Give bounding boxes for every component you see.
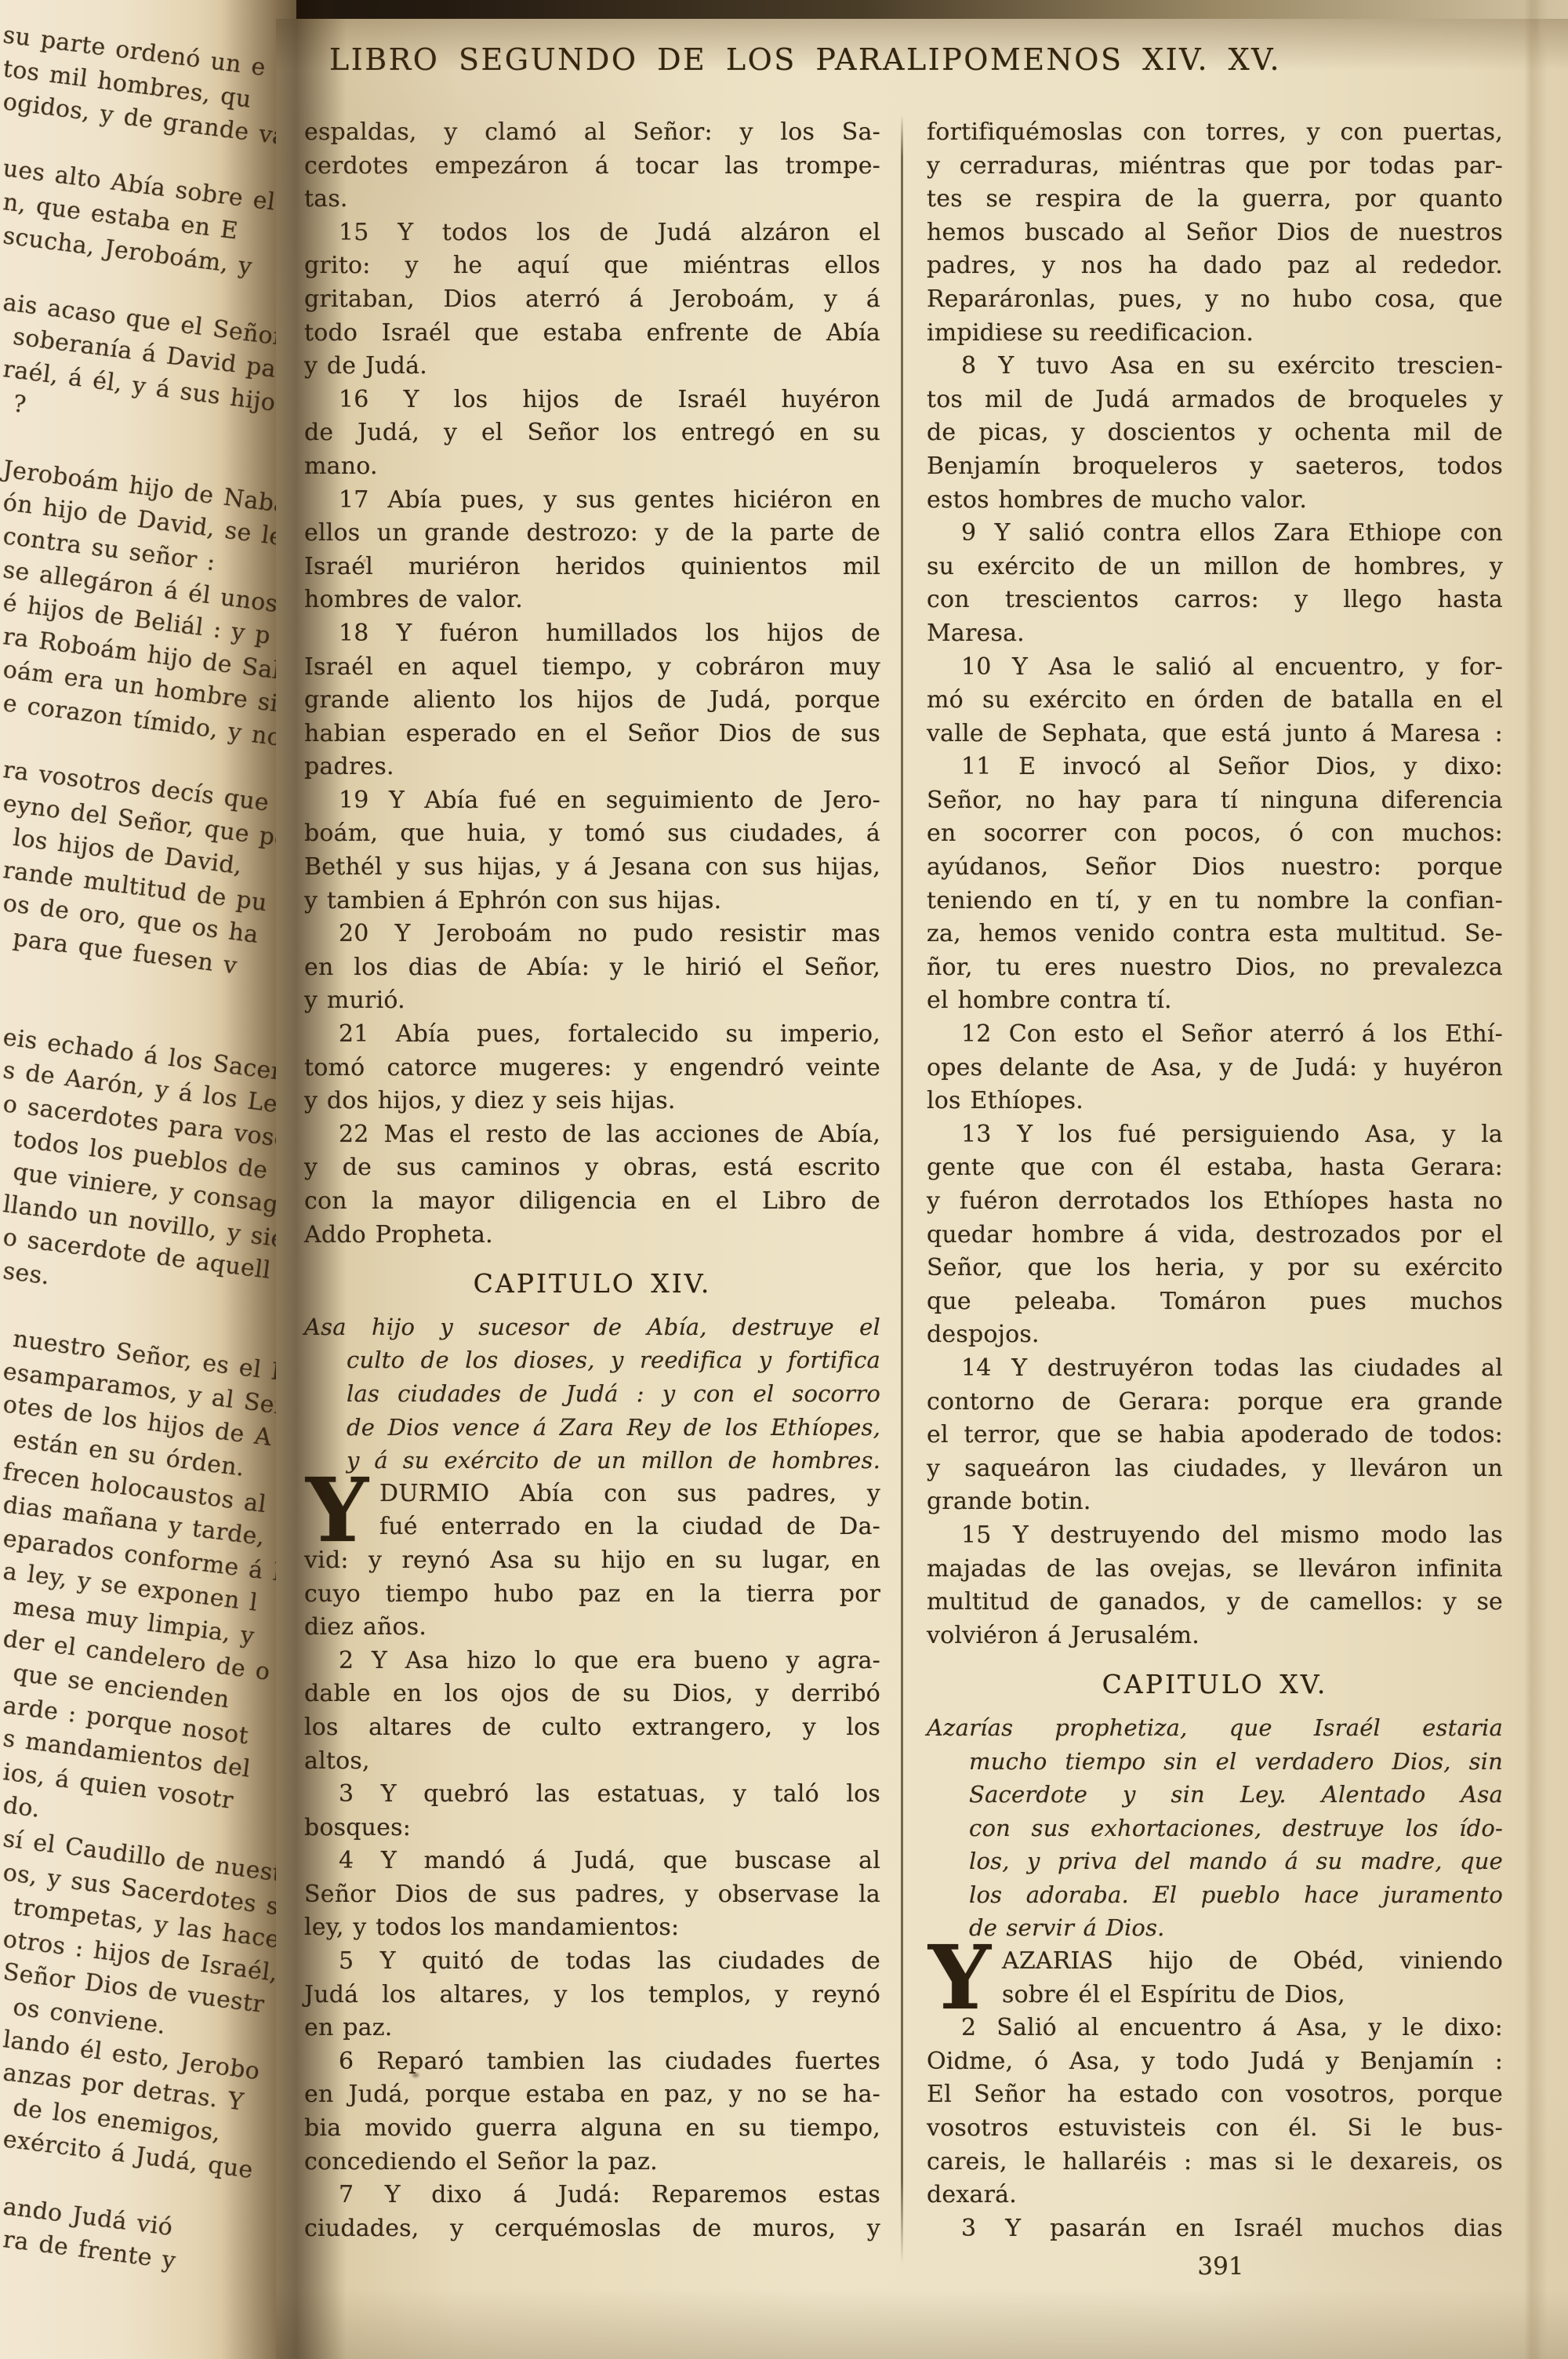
text-line: mó su exército en órden de batalla en el (927, 684, 1503, 718)
text-line: Benjamín broqueleros y saeteros, todos (927, 450, 1503, 484)
text-line: los altares de culto extrangero, y los (304, 1711, 880, 1745)
text-line: en paz. (304, 2012, 880, 2045)
text-line: ñor, tu eres nuestro Dios, no prevalezca (927, 951, 1503, 985)
text-line: 14 Y destruyéron todas las ciudades al (927, 1352, 1503, 1386)
text-line: ley, y todos los mandamientos: (304, 1911, 880, 1945)
text-line: espaldas, y clamó al Señor: y los Sa- (304, 116, 880, 150)
text-line: 20 Y Jeroboám no pudo resistir mas (304, 918, 880, 951)
text-line: hemos buscado al Señor Dios de nuestros (927, 216, 1503, 250)
text-line: fué enterrado en la ciudad de Da- (304, 1510, 880, 1544)
text-line: ayúdanos, Señor Dios nuestro: porque (927, 851, 1503, 885)
text-line: en los dias de Abía: y le hirió el Señor… (304, 951, 880, 985)
text-line: vosotros estuvisteis con él. Si le bus- (927, 2112, 1503, 2146)
text-line: grito: y he aquí que miéntras ellos (304, 249, 880, 283)
text-line: hombres de valor. (304, 583, 880, 617)
text-line: despojos. (927, 1318, 1503, 1352)
text-line: su exército de un millon de hombres, y (927, 551, 1503, 584)
text-line: 15 Y destruyendo del mismo modo las (927, 1519, 1503, 1553)
gutter-text-fragments: su parte ordenó un etos mil hombres, quo… (3, 19, 296, 2257)
text-line: 10 Y Asa le salió al encuentro, y for- (927, 651, 1503, 685)
text-line: y dos hijos, y diez y seis hijas. (304, 1085, 880, 1118)
text-line: padres, y nos ha dado paz al rededor. (927, 249, 1503, 283)
text-line: y tambien á Ephrón con sus hijas. (304, 885, 880, 918)
chapter-heading: CAPITULO XV. (927, 1668, 1503, 1702)
text-line: el hombre contra tí. (927, 984, 1503, 1018)
text-line: teniendo en tí, y en tu nombre la confia… (927, 885, 1503, 918)
text-line: cerdotes empezáron á tocar las trompe- (304, 150, 880, 184)
text-line: impidiese su reedificacion. (927, 317, 1503, 351)
text-line: padres. (304, 751, 880, 784)
text-line: gritaban, Dios aterró á Jeroboám, y á (304, 283, 880, 317)
text-line: AZARIAS hijo de Obéd, viniendo (927, 1945, 1503, 1979)
text-line: Judá los altares, y los templos, y reynó (304, 1979, 880, 2012)
text-line: ciudades, y cerquémoslas de muros, y (304, 2212, 880, 2246)
text-line: 4 Y mandó á Judá, que buscase al (304, 1845, 880, 1878)
running-head: LIBRO SEGUNDO DE LOS PARALIPOMENOS XIV. … (299, 42, 1311, 77)
text-line: boám, que huia, y tomó sus ciudades, á (304, 817, 880, 851)
text-line: grande botin. (927, 1485, 1503, 1519)
book-scan-photo: su parte ordenó un etos mil hombres, quo… (0, 0, 1568, 2359)
text-line: los, y priva del mando á su madre, que (927, 1845, 1503, 1878)
text-line: 12 Con esto el Señor aterró á los Ethí- (927, 1018, 1503, 1052)
text-line: de Dios vence á Zara Rey de los Ethíopes… (304, 1411, 880, 1445)
text-line: multitud de ganados, y de camellos: y se (927, 1586, 1503, 1619)
book-page: LIBRO SEGUNDO DE LOS PARALIPOMENOS XIV. … (276, 19, 1568, 2359)
chapter-heading: CAPITULO XIV. (304, 1267, 880, 1301)
text-line: altos, (304, 1745, 880, 1779)
text-line: que peleaba. Tomáron pues muchos (927, 1285, 1503, 1319)
text-line: 16 Y los hijos de Israél huyéron (304, 383, 880, 417)
text-line: bosques: (304, 1812, 880, 1845)
text-line: fortifiquémoslas con torres, y con puert… (927, 116, 1503, 150)
text-line: Addo Propheta. (304, 1219, 880, 1252)
text-line: las ciudades de Judá : y con el socorro (304, 1377, 880, 1411)
text-line: 11 E invocó al Señor Dios, y dixo: (927, 751, 1503, 784)
drop-cap-initial: Y (927, 1945, 1002, 2012)
text-line: de servir á Dios. (927, 1911, 1503, 1945)
text-line: Señor, no hay para tí ninguna diferencia (927, 784, 1503, 818)
text-line: con sus exhortaciones, destruye los ído- (927, 1812, 1503, 1845)
text-line: tomó catorce mugeres: y engendró veinte (304, 1052, 880, 1085)
text-line: el terror, que se habia apoderado de tod… (927, 1419, 1503, 1452)
text-line: 6 Reparó tambien las ciudades fuertes (304, 2045, 880, 2079)
text-line: 19 Y Abía fué en seguimiento de Jero- (304, 784, 880, 818)
text-line: tos mil de Judá armados de broqueles y (927, 383, 1503, 417)
text-line: Señor, que los heria, y por su exército (927, 1252, 1503, 1285)
text-line: concediendo el Señor la paz. (304, 2146, 880, 2179)
text-line: 7 Y dixo á Judá: Reparemos estas (304, 2179, 880, 2212)
dropcap-paragraph: YAZARIAS hijo de Obéd, viniendosobre él … (927, 1945, 1503, 2012)
text-line: DURMIO Abía con sus padres, y (304, 1478, 880, 1511)
text-line: diez años. (304, 1611, 880, 1645)
text-line: 5 Y quitó de todas las ciudades de (304, 1945, 880, 1979)
text-line: vid: y reynó Asa su hijo en su lugar, en (304, 1544, 880, 1578)
text-line: y de sus caminos y obras, está escrito (304, 1151, 880, 1185)
text-line: 13 Y los fué persiguiendo Asa, y la (927, 1118, 1503, 1152)
text-line: 2 Salió al encuentro á Asa, y le dixo: (927, 2012, 1503, 2045)
text-line: de picas, y doscientos y ochenta mil de (927, 416, 1503, 450)
text-line: gente que con él estaba, hasta Gerara: (927, 1151, 1503, 1185)
text-line: 22 Mas el resto de las acciones de Abía, (304, 1118, 880, 1152)
text-line: Maresa. (927, 617, 1503, 651)
text-line: 17 Abía pues, y sus gentes hiciéron en (304, 484, 880, 518)
text-line: za, hemos venido contra esta multitud. S… (927, 918, 1503, 951)
text-line: estos hombres de mucho valor. (927, 484, 1503, 518)
text-line: Oidme, ó Asa, y todo Judá y Benjamín : (927, 2045, 1503, 2079)
text-line: mano. (304, 450, 880, 484)
text-line: y murió. (304, 984, 880, 1018)
column-divider-rule (901, 114, 903, 2265)
text-line: 18 Y fuéron humillados los hijos de (304, 617, 880, 651)
text-line: en Judá, porque estaba en paz, y no se h… (304, 2078, 880, 2112)
text-line: contorno de Gerara: porque era grande (927, 1386, 1503, 1419)
text-line: tas. (304, 183, 880, 216)
text-line: Azarías prophetiza, que Israél estaria (927, 1711, 1503, 1745)
text-line: majadas de las ovejas, se lleváron infin… (927, 1553, 1503, 1587)
text-line: mucho tiempo sin el verdadero Dios, sin (927, 1745, 1503, 1779)
text-line: habian esperado en el Señor Dios de sus (304, 718, 880, 751)
text-line: quedar hombre á vida, destrozados por el (927, 1219, 1503, 1252)
text-line: todo Israél que estaba enfrente de Abía (304, 317, 880, 351)
text-line: con la mayor diligencia en el Libro de (304, 1185, 880, 1219)
text-line: de Judá, y el Señor los entregó en su (304, 416, 880, 450)
text-line: los Ethíopes. (927, 1085, 1503, 1118)
text-line: Bethél y sus hijas, y á Jesana con sus h… (304, 851, 880, 885)
text-line: y de Judá. (304, 350, 880, 383)
text-line: y fuéron derrotados los Ethíopes hasta n… (927, 1185, 1503, 1219)
text-line: culto de los dioses, y reedifica y forti… (304, 1343, 880, 1377)
drop-cap-initial: Y (304, 1478, 379, 1544)
text-line: volviéron á Jerusalém. (927, 1619, 1503, 1653)
text-line: valle de Sephata, que está junto á Mares… (927, 718, 1503, 751)
text-line: los adoraba. El pueblo hace juramento (927, 1878, 1503, 1912)
text-line: 8 Y tuvo Asa en su exército trescien- (927, 350, 1503, 383)
text-line: Sacerdote y sin Ley. Alentado Asa (927, 1778, 1503, 1812)
text-line: 3 Y pasarán en Israél muchos dias (927, 2212, 1503, 2246)
page-number: 391 (1170, 2252, 1272, 2281)
text-line: en socorrer con pocos, ó con muchos: (927, 817, 1503, 851)
text-line: cuyo tiempo hubo paz en la tierra por (304, 1578, 880, 1612)
text-line: con trescientos carros: y llego hasta (927, 583, 1503, 617)
text-line: 15 Y todos los de Judá alzáron el (304, 216, 880, 250)
text-line: Israél en aquel tiempo, y cobráron muy (304, 651, 880, 685)
text-line: Israél muriéron heridos quinientos mil (304, 551, 880, 584)
text-line: Reparáronlas, pues, y no hubo cosa, que (927, 283, 1503, 317)
text-line: bia movido guerra alguna en su tiempo, (304, 2112, 880, 2146)
facing-page-edge: su parte ordenó un etos mil hombres, quo… (0, 0, 296, 2359)
text-line: careis, le hallaréis : mas si le dexarei… (927, 2146, 1503, 2179)
text-line: sobre él el Espíritu de Dios, (927, 1979, 1503, 2012)
text-line: 9 Y salió contra ellos Zara Ethiope con (927, 517, 1503, 551)
dropcap-paragraph: YDURMIO Abía con sus padres, yfué enterr… (304, 1478, 880, 1645)
text-column-left: espaldas, y clamó al Señor: y los Sa-cer… (304, 116, 880, 2245)
text-line: Señor Dios de sus padres, y observase la (304, 1878, 880, 1912)
text-line: tes se respira de la guerra, por quanto (927, 183, 1503, 216)
text-line: ellos un grande destrozo: y de la parte … (304, 517, 880, 551)
text-line: y saqueáron las ciudades, y lleváron un (927, 1452, 1503, 1486)
text-line: grande aliento los hijos de Judá, porque (304, 684, 880, 718)
text-line: 21 Abía pues, fortalecido su imperio, (304, 1018, 880, 1052)
text-line: dable en los ojos de su Dios, y derribó (304, 1677, 880, 1711)
text-line: 2 Y Asa hizo lo que era bueno y agra- (304, 1645, 880, 1678)
text-line: y cerraduras, miéntras que por todas par… (927, 150, 1503, 184)
text-line: 3 Y quebró las estatuas, y taló los (304, 1778, 880, 1812)
text-line: Asa hijo y sucesor de Abía, destruye el (304, 1310, 880, 1344)
text-column-right: fortifiquémoslas con torres, y con puert… (927, 116, 1503, 2245)
text-line: El Señor ha estado con vosotros, porque (927, 2078, 1503, 2112)
text-line: dexará. (927, 2179, 1503, 2212)
text-line: y á su exército de un millon de hombres. (304, 1444, 880, 1478)
text-line: opes delante de Asa, y de Judá: y huyéro… (927, 1052, 1503, 1085)
